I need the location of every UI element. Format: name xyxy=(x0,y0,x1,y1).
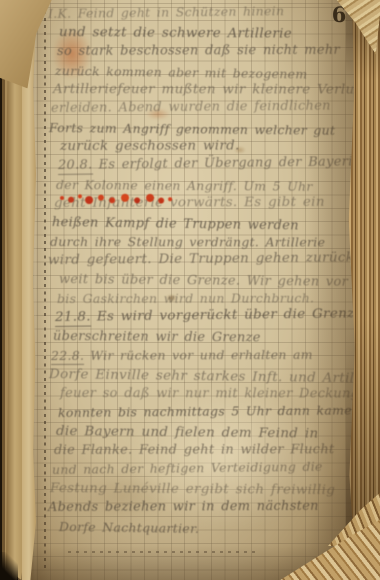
background-corner xyxy=(0,552,18,580)
photo-of-diary-page: I.K. Feind geht in Schützen hineinund se… xyxy=(0,0,380,580)
notebook-page: I.K. Feind geht in Schützen hineinund se… xyxy=(8,0,356,580)
book-page-edges-shading xyxy=(346,0,380,580)
photo-vignette xyxy=(8,0,356,580)
